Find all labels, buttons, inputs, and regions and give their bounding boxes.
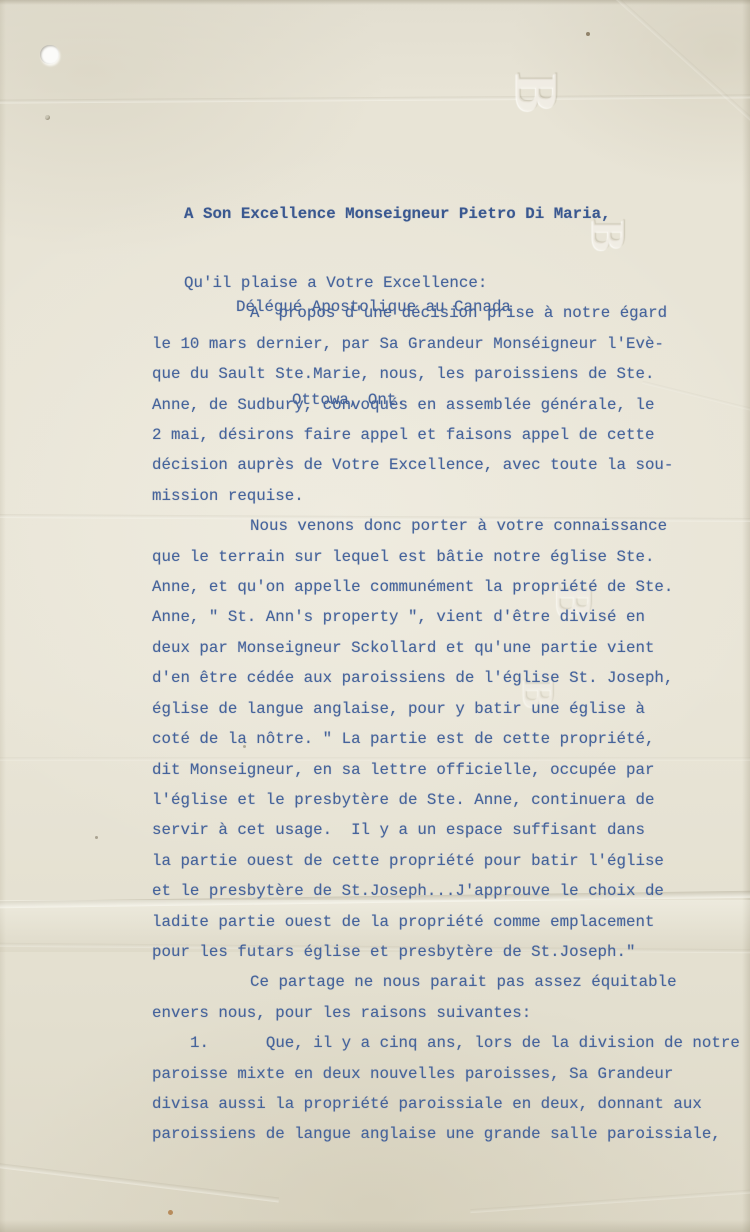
body-line: coté de la nôtre. " La partie est de cet…: [152, 724, 740, 754]
body-line: divisa aussi la propriété paroissiale en…: [152, 1089, 740, 1119]
body-line: servir à cet usage. Il y a un espace suf…: [152, 815, 740, 845]
body-line: Ce partage ne nous parait pas assez équi…: [152, 967, 740, 997]
punch-hole: [40, 45, 59, 64]
body-line: pour les futars église et presbytère de …: [152, 937, 740, 967]
recipient-line: A Son Excellence Monseigneur Pietro Di M…: [184, 199, 611, 230]
body-line: que du Sault Ste.Marie, nous, les parois…: [152, 359, 740, 389]
body-line: Qu'il plaise a Votre Excellence:: [152, 268, 740, 298]
body-line: église de langue anglaise, pour y batir …: [152, 694, 740, 724]
embossed-watermark-letter: B: [502, 72, 571, 112]
paper-edge-shadow-top: [0, 0, 750, 5]
body-line: décision auprès de Votre Excellence, ave…: [152, 450, 740, 480]
paper-speck: [95, 836, 98, 839]
fold-crease: [0, 94, 750, 103]
paper-speck: [168, 1210, 173, 1215]
fold-crease-diagonal: [612, 0, 750, 170]
letter-page: B B B B A Son Excellence Monseigneur Pie…: [0, 0, 750, 1232]
body-line: l'église et le presbytère de Ste. Anne, …: [152, 785, 740, 815]
body-line: mission requise.: [152, 481, 740, 511]
body-line: deux par Monseigneur Sckollard et qu'une…: [152, 633, 740, 663]
body-line: A propos d'une décision prise à notre ég…: [152, 298, 740, 328]
body-line: 1. Que, il y a cinq ans, lors de la divi…: [152, 1028, 740, 1058]
body-line: ladite partie ouest de la propriété comm…: [152, 907, 740, 937]
body-line: Anne, et qu'on appelle communément la pr…: [152, 572, 740, 602]
fold-crease-diagonal: [0, 1159, 279, 1203]
paper-edge-shadow-right: [742, 0, 750, 1232]
body-line: Anne, de Sudbury, convoqués en assemblée…: [152, 390, 740, 420]
body-line: paroisse mixte en deux nouvelles paroiss…: [152, 1059, 740, 1089]
body-line: la partie ouest de cette propriété pour …: [152, 846, 740, 876]
paper-edge-shadow-bottom: [0, 1220, 750, 1232]
fold-crease-diagonal: [470, 1187, 750, 1213]
paper-speck: [586, 32, 590, 36]
letter-body: Qu'il plaise a Votre Excellence:A propos…: [152, 268, 740, 1150]
paper-edge-shadow-left: [0, 0, 6, 1232]
body-line: le 10 mars dernier, par Sa Grandeur Mons…: [152, 329, 740, 359]
body-line: paroissiens de langue anglaise une grand…: [152, 1119, 740, 1149]
body-line: d'en être cédée aux paroissiens de l'égl…: [152, 663, 740, 693]
body-line: que le terrain sur lequel est bâtie notr…: [152, 542, 740, 572]
body-line: Nous venons donc porter à votre connaiss…: [152, 511, 740, 541]
body-line: Anne, " St. Ann's property ", vient d'êt…: [152, 602, 740, 632]
body-line: envers nous, pour les raisons suivantes:: [152, 998, 740, 1028]
body-line: 2 mai, désirons faire appel et faisons a…: [152, 420, 740, 450]
paper-speck: [45, 115, 50, 120]
body-line: et le presbytère de St.Joseph...J'approu…: [152, 876, 740, 906]
body-line: dit Monseigneur, en sa lettre officielle…: [152, 755, 740, 785]
